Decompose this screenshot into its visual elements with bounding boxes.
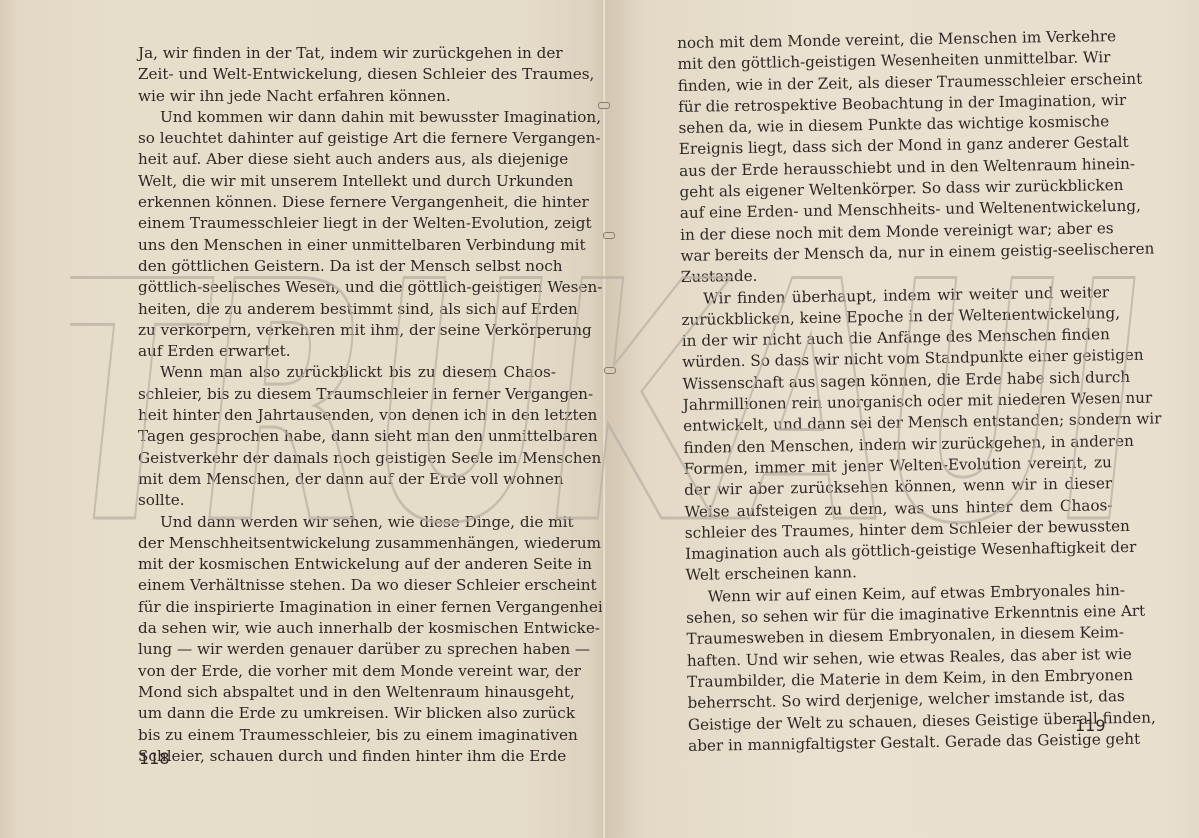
staple-hole (598, 102, 610, 109)
right-page-text: noch mit dem Monde vereint, die Menschen… (677, 26, 1116, 757)
text-line: Schleier, schauen durch und finden hinte… (138, 746, 556, 767)
text-line: schleier, bis zu diesem Traumschleier in… (138, 384, 556, 405)
text-line: einem Traumesschleier liegt in der Welte… (138, 213, 556, 234)
text-line: da sehen wir, wie auch innerhalb der kos… (138, 618, 556, 639)
text-line: so leuchtet dahinter auf geistige Art di… (138, 128, 556, 149)
text-line: bis zu einem Traumesschleier, bis zu ein… (138, 725, 556, 746)
text-line: Welt, die wir mit unserem Intellekt und … (138, 171, 556, 192)
text-line: den göttlichen Geistern. Da ist der Mens… (138, 256, 556, 277)
book-spread: Ja, wir finden in der Tat, indem wir zur… (0, 0, 1199, 838)
text-line: Wenn man also zurückblickt bis zu diesem… (138, 362, 556, 383)
right-page: noch mit dem Monde vereint, die Menschen… (605, 0, 1199, 838)
text-line: uns den Menschen in einer unmittelbaren … (138, 235, 556, 256)
text-line: erkennen können. Diese fernere Vergangen… (138, 192, 556, 213)
text-line: Mond sich abspaltet und in den Weltenrau… (138, 682, 556, 703)
text-line: Zeit- und Welt-Entwickelung, diesen Schl… (138, 64, 556, 85)
text-line: Und dann werden wir sehen, wie diese Din… (138, 512, 556, 533)
text-line: zu verkörpern, verkehren mit ihm, der se… (138, 320, 556, 341)
text-line: für die inspirierte Imagination in einer… (138, 597, 556, 618)
text-line: Und kommen wir dann dahin mit bewusster … (138, 107, 556, 128)
text-line: Ja, wir finden in der Tat, indem wir zur… (138, 43, 556, 64)
text-line: heiten, die zu anderem bestimmt sind, al… (138, 299, 556, 320)
text-line: auf Erden erwartet. (138, 341, 556, 362)
text-line: um dann die Erde zu umkreisen. Wir blick… (138, 703, 556, 724)
text-line: heit auf. Aber diese sieht auch anders a… (138, 149, 556, 170)
page-number-right: 119 (1075, 716, 1106, 735)
staple-hole (604, 367, 616, 374)
text-line: heit hinter den Jahrtausenden, von denen… (138, 405, 556, 426)
text-line: sollte. (138, 490, 556, 511)
text-line: von der Erde, die vorher mit dem Monde v… (138, 661, 556, 682)
text-line: mit der kosmischen Entwickelung auf der … (138, 554, 556, 575)
text-line: der Menschheitsentwickelung zusammenhäng… (138, 533, 556, 554)
left-page-text: Ja, wir finden in der Tat, indem wir zur… (138, 43, 556, 767)
staple-hole (603, 232, 615, 239)
page-number-left: 118 (139, 749, 170, 768)
text-line: mit dem Menschen, der dann auf der Erde … (138, 469, 556, 490)
text-line: wie wir ihn jede Nacht erfahren können. (138, 86, 556, 107)
text-line: lung — wir werden genauer darüber zu spr… (138, 639, 556, 660)
book-spine (602, 0, 606, 838)
text-line: einem Verhältnisse stehen. Da wo dieser … (138, 575, 556, 596)
text-line: Geistverkehr der damals noch geistigen S… (138, 448, 556, 469)
left-page: Ja, wir finden in der Tat, indem wir zur… (0, 0, 605, 838)
text-line: göttlich-seelisches Wesen, und die göttl… (138, 277, 556, 298)
text-line: Tagen gesprochen habe, dann sieht man de… (138, 426, 556, 447)
